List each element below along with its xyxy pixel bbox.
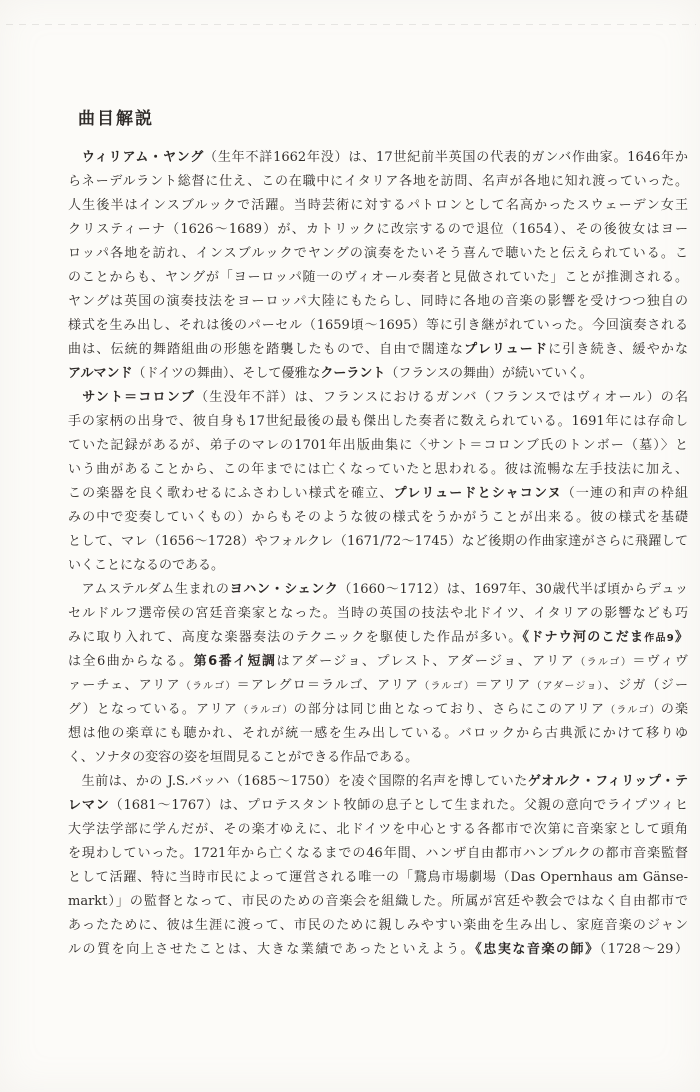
text-run: プレリュードとシャコンヌ: [394, 486, 562, 501]
text-run: （ドイツの舞曲）、そして優雅な: [132, 366, 320, 381]
text-run: （ラルゴ）: [605, 705, 661, 716]
text-line: クリスティーナ（1626～1689）が、カトリックに改宗するので退位（1654）…: [68, 218, 688, 242]
text-run: は全6曲からなる。: [68, 654, 194, 669]
text-line: ヤングは英国の演奏技法をヨーロッパ大陸にもたらし、同時に各地の音楽の影響を受けつ…: [68, 290, 688, 314]
text-line: ウィリアム・ヤング（生年不詳1662年没）は、17世紀前半英国の代表的ガンバ作曲…: [68, 146, 688, 170]
text-run: ゲオルク・フィリップ・テ: [528, 774, 688, 789]
text-run: ＝ヴィヴ: [632, 654, 688, 669]
text-run: サント＝コロンブ: [82, 390, 195, 405]
text-run: はアダージョ、プレスト、アダージョ、アリア: [277, 654, 576, 669]
text-run: の楽: [661, 702, 688, 717]
document-body: ウィリアム・ヤング（生年不詳1662年没）は、17世紀前半英国の代表的ガンバ作曲…: [68, 146, 688, 962]
text-run: （生年不詳1662年没）は、17世紀前半英国の代表的ガンバ作曲家。1646年か: [204, 150, 688, 165]
text-line: として、マレ（1656～1728）やフォルクレ（1671/72～1745）など後…: [68, 530, 688, 554]
text-run: に引き続き、緩やかな: [548, 342, 688, 357]
text-run: [68, 150, 82, 165]
text-run: （一連の和声の枠組: [562, 486, 688, 501]
text-run: クリスティーナ（1626～1689）が、カトリックに改宗するので退位（1654）…: [68, 222, 688, 237]
text-run: 様式を生み出し、それは後のパーセル（1659頃～1695）等に引き継がれていった…: [68, 318, 688, 333]
text-line: あったために、彼は生涯に渡って、市民のために親しみやすい楽曲を生み出し、家庭音楽…: [68, 914, 688, 938]
text-run: ていた記録があるが、弟子のマレの1701年出版曲集に〈サント＝コロンブ氏のトンボ…: [68, 438, 688, 453]
text-run: （アダージョ）: [531, 681, 603, 692]
text-line: ていた記録があるが、弟子のマレの1701年出版曲集に〈サント＝コロンブ氏のトンボ…: [68, 434, 688, 458]
text-line: サント＝コロンブ（生没年不詳）は、フランスにおけるガンバ（フランスではヴィオール…: [68, 386, 688, 410]
text-run: アルマンド: [68, 366, 132, 381]
text-run: この楽器を良く歌わせるにふさわしい様式を確立、: [68, 486, 394, 501]
text-run: [68, 390, 82, 405]
text-run: （1660～1712）は、1697年、30歳代半ば頃からデュッ: [338, 582, 688, 597]
text-run: を現わしていった。1721年から亡くなるまでの46年間、ハンザ自由都市ハンブルク…: [68, 846, 688, 861]
text-run: として、マレ（1656～1728）やフォルクレ（1671/72～1745）など後…: [68, 534, 688, 549]
text-line: 想は他の楽章にも聴かれ、それが統一感を生み出している。バロックから古典派にかけて…: [68, 722, 688, 746]
text-line: 大学法学部に学んだが、その楽才ゆえに、北ドイツを中心とする各都市で次第に音楽家と…: [68, 818, 688, 842]
text-line: 曲は、伝統的舞踏組曲の形態を踏襲したもので、自由で闊達なプレリュードに引き続き、…: [68, 338, 688, 362]
text-line: グ）となっている。アリア（ラルゴ）の部分は同じ曲となっており、さらにこのアリア（…: [68, 698, 688, 722]
text-line: markt）」の監督となって、市民のための音楽会を組織した。所属が宮廷や教会では…: [68, 890, 688, 914]
text-line: この楽器を良く歌わせるにふさわしい様式を確立、プレリュードとシャコンヌ（一連の和…: [68, 482, 688, 506]
text-run: 作品9: [644, 633, 673, 644]
text-run: アムステルダム生まれの: [68, 582, 230, 597]
text-run: ロッパ各地を訪れ、インスブルックでヤングの演奏をたいそう喜んで聴いたと伝えられて…: [68, 246, 688, 261]
text-run: （ラルゴ）: [238, 705, 294, 716]
text-run: ヨハン・シェンク: [230, 582, 339, 597]
text-line: 人生後半はインスブルックで活躍。当時芸術に対するパトロンとして名高かったスウェー…: [68, 194, 688, 218]
text-line: は全6曲からなる。第6番イ短調はアダージョ、プレスト、アダージョ、アリア（ラルゴ…: [68, 650, 688, 674]
scanned-program-page: 曲目解説 ウィリアム・ヤング（生年不詳1662年没）は、17世紀前半英国の代表的…: [0, 0, 700, 1092]
text-line: く、ソナタの変容の姿を垣間見ることができる作品である。: [68, 746, 688, 770]
text-run: ヤングは英国の演奏技法をヨーロッパ大陸にもたらし、同時に各地の音楽の影響を受けつ…: [68, 294, 688, 309]
text-run: （1728～29）: [600, 942, 688, 957]
text-run: グ）となっている。アリア: [68, 702, 238, 717]
text-run: （生没年不詳）は、フランスにおけるガンバ（フランスではヴィオール）の名: [195, 390, 688, 405]
text-run: ルの質を向上させたことは、大きな業績であったといえよう。: [68, 942, 475, 957]
text-line: ルの質を向上させたことは、大きな業績であったといえよう。《忠実な音楽の師》（17…: [68, 938, 688, 962]
text-run: （ラルゴ）: [575, 657, 632, 668]
text-run: （フランスの舞曲）が続いていく。: [385, 366, 592, 381]
text-run: 《忠実な音楽の師》: [475, 942, 599, 957]
text-line: 手の家柄の出身で、彼自身も17世紀最後の最も傑出した奏者に数えられている。169…: [68, 410, 688, 434]
text-run: セルドルフ選帝侯の宮廷音楽家となった。当時の英国の技法や北ドイツ、イタリアの影響…: [68, 606, 688, 621]
text-run: 第6番イ短調: [194, 654, 277, 669]
text-line: レマン（1681～1767）は、プロテスタント牧師の息子として生まれた。父親の意…: [68, 794, 688, 818]
text-line: ロッパ各地を訪れ、インスブルックでヤングの演奏をたいそう喜んで聴いたと伝えられて…: [68, 242, 688, 266]
text-run: 曲は、伝統的舞踏組曲の形態を踏襲したもので、自由で闊達な: [68, 342, 464, 357]
scan-artifact-line: [6, 24, 696, 25]
text-line: 様式を生み出し、それは後のパーセル（1659頃～1695）等に引き継がれていった…: [68, 314, 688, 338]
text-line: のことからも、ヤングが「ヨーロッパ随一のヴィオール奏者と見做されていた」ことが推…: [68, 266, 688, 290]
text-run: 》: [674, 630, 688, 645]
text-line: アムステルダム生まれのヨハン・シェンク（1660～1712）は、1697年、30…: [68, 578, 688, 602]
text-run: ウィリアム・ヤング: [82, 150, 204, 165]
text-line: 生前は、かの J.S.バッハ（1685～1750）を凌ぐ国際的名声を博していたゲ…: [68, 770, 688, 794]
text-run: く、ソナタの変容の姿を垣間見ることができる作品である。: [68, 750, 418, 765]
page-title: 曲目解説: [78, 104, 154, 129]
text-run: みの中で変奏していくもの）からもそのような彼の様式をうかがうことが出来る。彼の様…: [68, 510, 688, 525]
text-line: いう曲があることから、この年までには亡くなっていたと思われる。彼は流暢な左手技法…: [68, 458, 688, 482]
text-line: アルマンド（ドイツの舞曲）、そして優雅なクーラント（フランスの舞曲）が続いていく…: [68, 362, 688, 386]
text-run: 想は他の楽章にも聴かれ、それが統一感を生み出している。バロックから古典派にかけて…: [68, 726, 688, 741]
text-run: （1681～1767）は、プロテスタント牧師の息子として生まれた。父親の意向でラ…: [110, 798, 688, 813]
text-run: （ラルゴ）: [419, 681, 475, 692]
text-run: みに取り入れて、高度な楽器奏法のテクニックを駆使した作品が多い。: [68, 630, 522, 645]
text-run: らネーデルラント総督に仕え、この在職中にイタリア各地を訪問、名声が各地に知れ渡っ…: [68, 174, 688, 189]
text-run: の部分は同じ曲となっており、さらにこのアリア: [294, 702, 606, 717]
text-run: 手の家柄の出身で、彼自身も17世紀最後の最も傑出した奏者に数えられている。169…: [68, 414, 688, 429]
text-run: markt）」の監督となって、市民のための音楽会を組織した。所属が宮廷や教会では…: [68, 894, 688, 909]
text-run: ＝アリア: [475, 678, 531, 693]
text-run: として活躍、特に当時市民によって運営される唯一の「鵞鳥市場劇場（Das Oper…: [68, 870, 688, 885]
text-line: いくことになるのである。: [68, 554, 688, 578]
text-run: ＝アレグロ＝ラルゴ、アリア: [237, 678, 420, 693]
text-run: 、ジガ（ジー: [604, 678, 688, 693]
text-run: 大学法学部に学んだが、その楽才ゆえに、北ドイツを中心とする各都市で次第に音楽家と…: [68, 822, 688, 837]
text-line: みに取り入れて、高度な楽器奏法のテクニックを駆使した作品が多い。《ドナウ河のこだ…: [68, 626, 688, 650]
text-run: プレリュード: [464, 342, 548, 357]
text-line: セルドルフ選帝侯の宮廷音楽家となった。当時の英国の技法や北ドイツ、イタリアの影響…: [68, 602, 688, 626]
text-line: みの中で変奏していくもの）からもそのような彼の様式をうかがうことが出来る。彼の様…: [68, 506, 688, 530]
text-run: レマン: [68, 798, 110, 813]
text-run: 《ドナウ河のこだま: [522, 630, 644, 645]
text-run: クーラント: [320, 366, 385, 381]
text-run: いう曲があることから、この年までには亡くなっていたと思われる。彼は流暢な左手技法…: [68, 462, 688, 477]
text-run: ァーチェ、アリア: [68, 678, 181, 693]
text-run: あったために、彼は生涯に渡って、市民のために親しみやすい楽曲を生み出し、家庭音楽…: [68, 918, 688, 933]
text-run: 人生後半はインスブルックで活躍。当時芸術に対するパトロンとして名高かったスウェー…: [68, 198, 688, 213]
text-line: らネーデルラント総督に仕え、この在職中にイタリア各地を訪問、名声が各地に知れ渡っ…: [68, 170, 688, 194]
text-line: ァーチェ、アリア（ラルゴ）＝アレグロ＝ラルゴ、アリア（ラルゴ）＝アリア（アダージ…: [68, 674, 688, 698]
text-run: のことからも、ヤングが「ヨーロッパ随一のヴィオール奏者と見做されていた」ことが推…: [68, 270, 688, 285]
text-line: として活躍、特に当時市民によって運営される唯一の「鵞鳥市場劇場（Das Oper…: [68, 866, 688, 890]
text-run: いくことになるのである。: [68, 558, 224, 573]
text-line: を現わしていった。1721年から亡くなるまでの46年間、ハンザ自由都市ハンブルク…: [68, 842, 688, 866]
text-run: （ラルゴ）: [181, 681, 237, 692]
text-run: 生前は、かの J.S.バッハ（1685～1750）を凌ぐ国際的名声を博していた: [68, 774, 528, 789]
